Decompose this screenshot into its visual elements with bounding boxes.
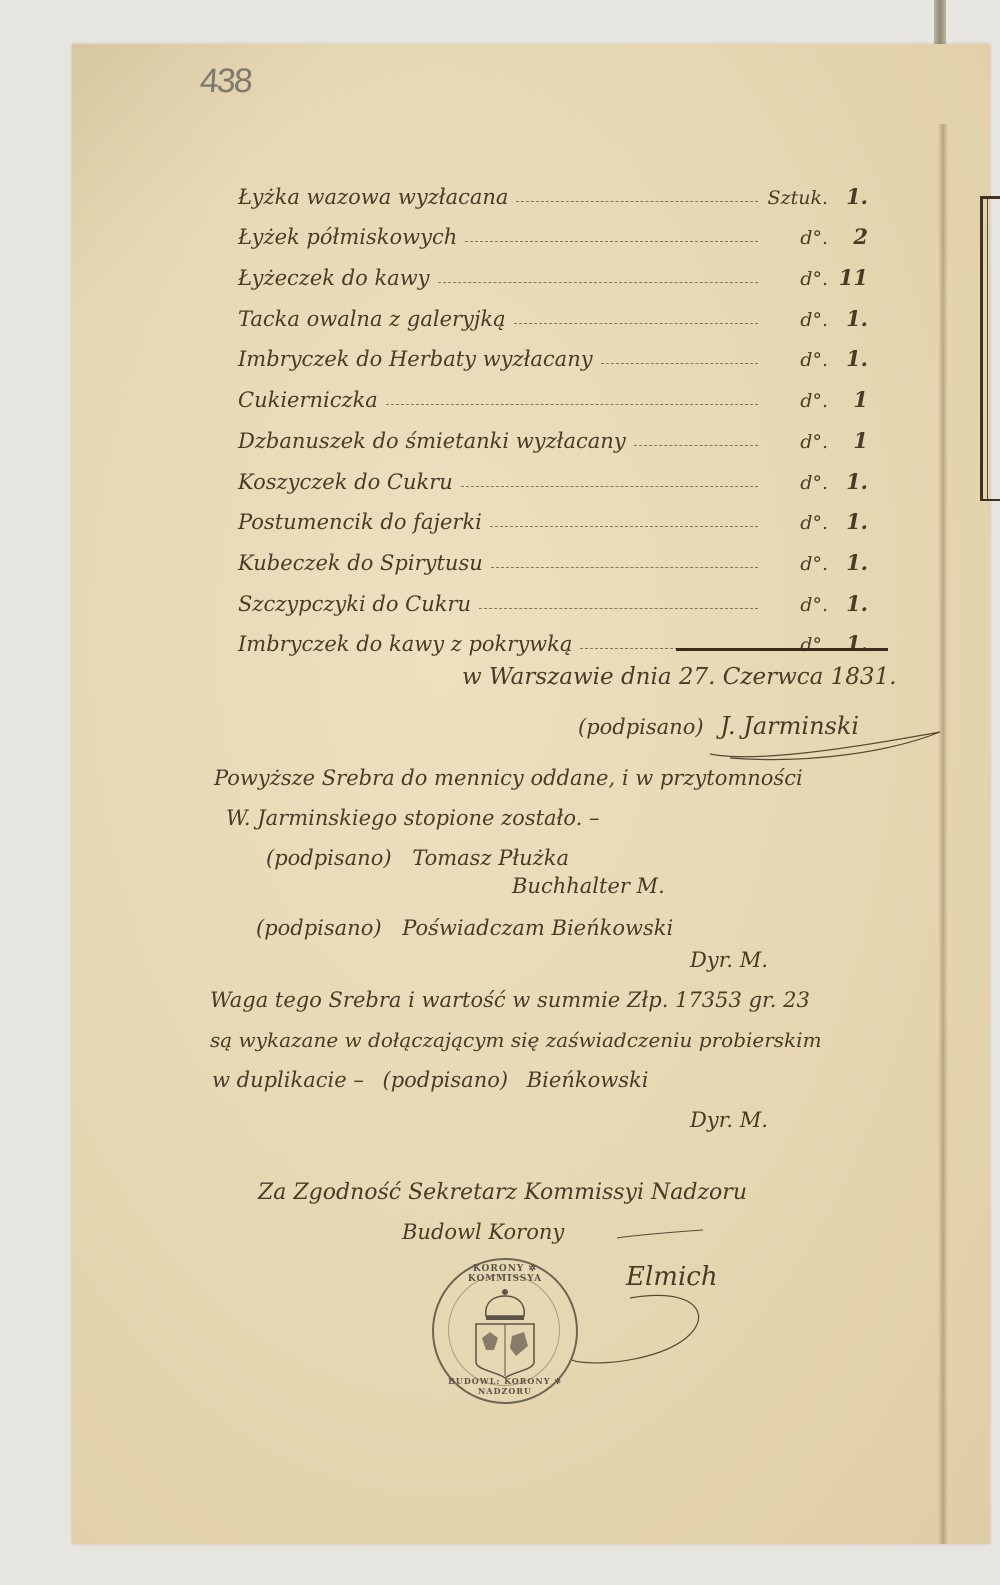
page-fold-crease <box>938 124 948 1544</box>
dotted-leader <box>491 567 758 568</box>
item-name: Szczypczyki do Cukru <box>238 592 471 616</box>
statement-line-2: W. Jarminskiego stopione zostało. – <box>226 806 599 830</box>
weight-statement-line-2: są wykazane w dołączającym się zaświadcz… <box>210 1028 822 1052</box>
inventory-row: Tacka owalna z galeryjką d°. 1. <box>238 290 868 331</box>
item-unit: d°. <box>766 390 828 412</box>
inventory-row: Cukierniczka d°. 1 <box>238 371 868 412</box>
dotted-leader <box>386 404 758 405</box>
item-quantity: 1. <box>828 306 868 331</box>
signature-block-2: (podpisano) Tomasz Płużka <box>266 846 569 870</box>
inventory-row: Dzbanuszek do śmietanki wyzłacany d°. 1 <box>238 412 868 453</box>
item-name: Łyżeczek do kawy <box>238 266 430 290</box>
coat-of-arms-icon <box>472 1286 538 1378</box>
weight-statement-line-1: Waga tego Srebra i wartość w summie Złp.… <box>210 988 810 1012</box>
item-quantity: 1. <box>828 509 868 534</box>
signed-prefix: (podpisano) <box>266 846 392 870</box>
item-name: Kubeczek do Spirytusu <box>238 551 483 575</box>
item-unit: d°. <box>766 349 828 371</box>
item-unit: d°. <box>766 594 828 616</box>
dotted-leader <box>479 608 758 609</box>
signature-block-4: w duplikacie – (podpisano) Bieńkowski <box>212 1068 648 1092</box>
inventory-row: Koszyczek do Cukru d°. 1. <box>238 453 868 494</box>
item-quantity: 1. <box>828 631 868 656</box>
dotted-leader <box>514 323 758 324</box>
item-unit: d°. <box>766 431 828 453</box>
item-unit: d°. <box>766 553 828 575</box>
signatory-name: Poświadczam Bieńkowski <box>402 916 673 940</box>
inventory-row: Postumencik do fajerki d°. 1. <box>238 494 868 535</box>
item-unit: d°. <box>766 309 828 331</box>
item-quantity: 2 <box>828 224 868 249</box>
item-name: Łyżka wazowa wyzłacana <box>238 185 508 209</box>
item-quantity: 1. <box>828 591 868 616</box>
statement-line-1: Powyższe Srebra do mennicy oddane, i w p… <box>214 766 803 790</box>
item-quantity: 1. <box>828 550 868 575</box>
backdrop-strip <box>934 0 946 50</box>
item-quantity: 1. <box>828 184 868 209</box>
certification-line-1: Za Zgodność Sekretarz Kommissyi Nadzoru <box>258 1180 747 1205</box>
item-unit: d°. <box>766 268 828 290</box>
seal-bottom-text: BUDOWL: KORONY ✲ NADZORU <box>434 1376 576 1396</box>
inventory-list: Łyżka wazowa wyzłacana Sztuk. 1. Łyżek p… <box>238 168 868 656</box>
signed-prefix: (podpisano) <box>256 916 382 940</box>
dotted-leader <box>461 486 758 487</box>
item-name: Imbryczek do Herbaty wyzłacany <box>238 347 593 371</box>
item-unit: d°. <box>766 472 828 494</box>
dotted-leader <box>465 241 758 242</box>
item-name: Dzbanuszek do śmietanki wyzłacany <box>238 429 626 453</box>
place-date-line: w Warszawie dnia 27. Czerwca 1831. <box>462 664 897 690</box>
signatory-name: Tomasz Płużka <box>412 846 569 870</box>
dotted-leader <box>634 445 758 446</box>
inventory-row: Łyżeczek do kawy d°. 11 <box>238 249 868 290</box>
item-unit: d°. <box>766 634 828 656</box>
item-quantity: 1. <box>828 469 868 494</box>
item-name: Tacka owalna z galeryjką <box>238 307 506 331</box>
signatory-name: Bieńkowski <box>527 1068 649 1092</box>
inventory-row: Łyżek półmiskowych d°. 2 <box>238 209 868 250</box>
signatory-title: Dyr. M. <box>690 948 768 972</box>
item-name: Cukierniczka <box>238 388 378 412</box>
weight-statement-line-3: w duplikacie – <box>212 1068 364 1092</box>
item-name: Postumencik do fajerki <box>238 510 482 534</box>
inventory-row: Imbryczek do Herbaty wyzłacany d°. 1. <box>238 331 868 372</box>
item-name: Łyżek półmiskowych <box>238 225 457 249</box>
total-underline <box>676 648 888 651</box>
adjacent-page-table-border <box>980 196 1000 501</box>
folio-number: 438 <box>199 62 252 101</box>
item-unit: d°. <box>766 512 828 534</box>
dotted-leader <box>516 201 758 202</box>
dotted-leader <box>601 363 758 364</box>
signature-block-3: (podpisano) Poświadczam Bieńkowski <box>256 916 673 940</box>
item-unit: d°. <box>766 227 828 249</box>
inventory-row: Kubeczek do Spirytusu d°. 1. <box>238 534 868 575</box>
item-name: Imbryczek do kawy z pokrywką <box>238 632 572 656</box>
inventory-row: Szczypczyki do Cukru d°. 1. <box>238 575 868 616</box>
item-name: Koszyczek do Cukru <box>238 470 453 494</box>
item-quantity: 1 <box>828 428 868 453</box>
signed-prefix: (podpisano) <box>578 715 704 739</box>
seal-top-text: KORONY ✲ KOMMISSYA <box>434 1264 576 1284</box>
signatory-title: Buchhalter M. <box>512 874 665 898</box>
official-seal-stamp: KORONY ✲ KOMMISSYA BUDOWL: KORONY ✲ NADZ… <box>432 1258 578 1404</box>
signed-prefix: (podpisano) <box>383 1068 509 1092</box>
item-quantity: 1 <box>828 387 868 412</box>
signatory-title: Dyr. M. <box>690 1108 768 1132</box>
item-quantity: 1. <box>828 346 868 371</box>
item-quantity: 11 <box>828 265 868 290</box>
dotted-leader <box>490 526 758 527</box>
certification-line-2: Budowl Korony <box>402 1220 564 1244</box>
item-unit: Sztuk. <box>766 187 828 209</box>
secretary-signature: Elmich <box>626 1262 718 1292</box>
dotted-leader <box>438 282 758 283</box>
inventory-row: Łyżka wazowa wyzłacana Sztuk. 1. <box>238 168 868 209</box>
signature-block-1: (podpisano) J. Jarminski <box>578 712 859 740</box>
signatory-name: J. Jarminski <box>720 712 859 740</box>
